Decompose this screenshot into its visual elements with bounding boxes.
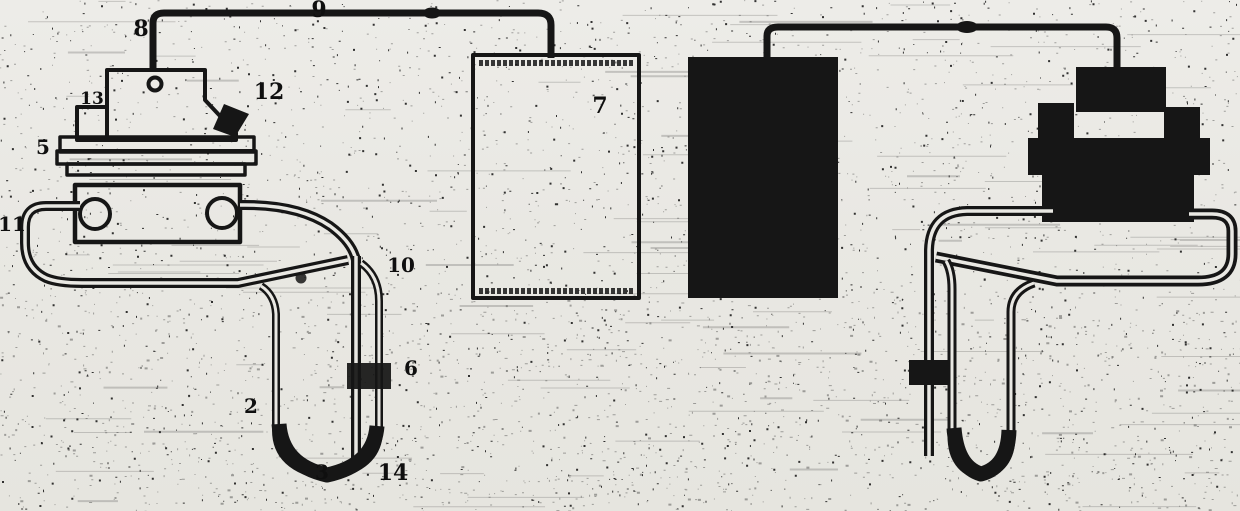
box-7 — [473, 55, 639, 298]
noise-speckle-path — [28, 1, 1240, 507]
top-port-ring — [149, 78, 162, 91]
callout-2: 2 — [244, 394, 258, 418]
right-collar — [909, 360, 948, 385]
pipe-joint-blob — [423, 8, 441, 19]
collar-6 — [347, 363, 391, 389]
callout-12: 12 — [254, 79, 285, 105]
callout-10: 10 — [387, 253, 415, 277]
right-port-tube-bore — [240, 205, 356, 260]
right-pipe-joint-blob — [956, 21, 978, 33]
solid-vessel — [688, 57, 838, 298]
silhouette-left-nub — [1038, 103, 1074, 139]
callout-8: 8 — [133, 16, 148, 42]
callout-6: 6 — [404, 356, 418, 380]
noise-speckle-path — [0, 0, 1240, 511]
callout-5: 5 — [36, 135, 50, 159]
left-port-circle — [80, 199, 110, 229]
callout-9: 9 — [311, 0, 326, 23]
callout-13: 13 — [80, 89, 104, 109]
callout-3: 3 — [315, 460, 329, 484]
callout-11: 11 — [0, 212, 26, 236]
arrow-12-head — [213, 104, 249, 137]
tube-crossing-node — [296, 273, 307, 284]
diagram-canvas: 8 9 13 12 5 11 10 6 2 3 14 7 — [0, 0, 1240, 511]
silhouette-lower-block — [1042, 172, 1194, 222]
scanned-diagram-page: 8 9 13 12 5 11 10 6 2 3 14 7 — [0, 0, 1240, 511]
callout-7: 7 — [592, 93, 607, 119]
silhouette-device — [1028, 67, 1210, 222]
device-lower-body — [75, 185, 240, 242]
middle-vessels — [473, 55, 838, 298]
left-step-block — [77, 107, 107, 140]
right-port-circle — [207, 198, 237, 228]
silhouette-top-block — [1076, 67, 1166, 112]
flange-band-3 — [67, 164, 245, 175]
silhouette-flange-band — [1028, 138, 1210, 175]
noise-speckle-path — [1, 0, 1237, 511]
callout-14: 14 — [378, 460, 409, 486]
scan-noise-texture — [0, 0, 1240, 511]
